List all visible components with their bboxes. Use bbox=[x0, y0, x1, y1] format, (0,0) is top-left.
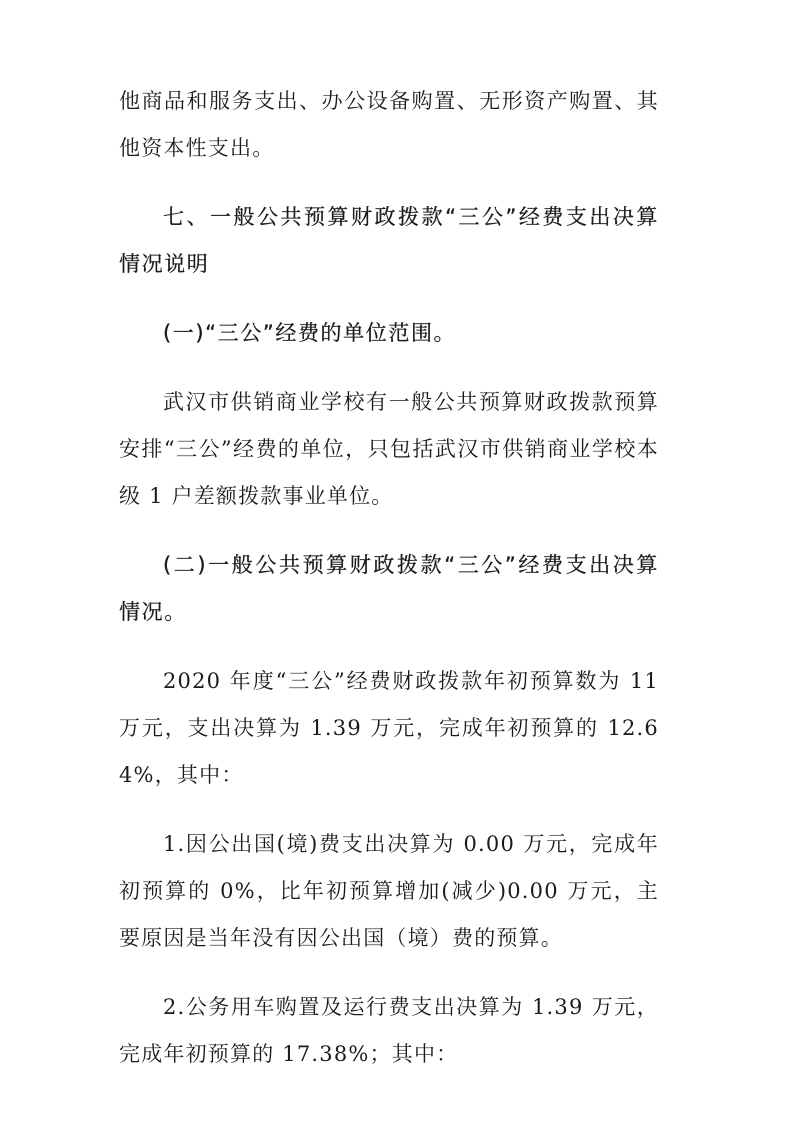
paragraph-total-budget: 2020 年度“三公”经费财政拨款年初预算数为 11 万元，支出决算为 1.39… bbox=[119, 658, 659, 799]
document-page: 他商品和服务支出、办公设备购置、无形资产购置、其他资本性支出。 七、一般公共预算… bbox=[119, 78, 659, 1100]
paragraph-vehicle-expense: 2.公务用车购置及运行费支出决算为 1.39 万元，完成年初预算的 17.38%… bbox=[119, 984, 659, 1078]
section-heading-seven: 七、一般公共预算财政拨款“三公”经费支出决算情况说明 bbox=[119, 194, 659, 288]
paragraph-unit-scope: 武汉市供销商业学校有一般公共预算财政拨款预算安排“三公”经费的单位，只包括武汉市… bbox=[119, 379, 659, 520]
paragraph-expense-categories-continued: 他商品和服务支出、办公设备购置、无形资产购置、其他资本性支出。 bbox=[119, 78, 659, 172]
subsection-heading-expenditure: (二)一般公共预算财政拨款“三公”经费支出决算情况。 bbox=[119, 542, 659, 636]
subsection-heading-unit-scope: (一)“三公”经费的单位范围。 bbox=[119, 310, 659, 357]
paragraph-overseas-travel: 1.因公出国(境)费支出决算为 0.00 万元，完成年初预算的 0%，比年初预算… bbox=[119, 821, 659, 962]
